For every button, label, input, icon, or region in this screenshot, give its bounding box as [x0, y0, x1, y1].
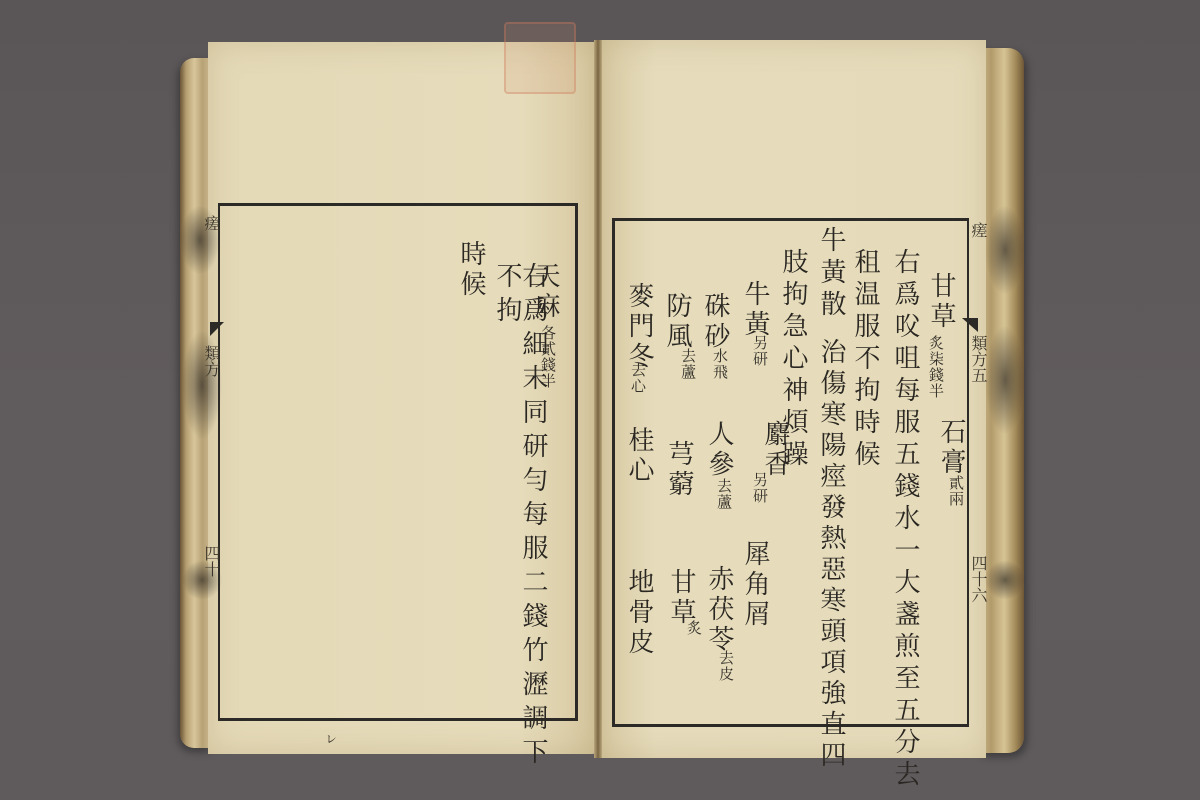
text-column: 石膏: [938, 418, 964, 478]
left-margin-page: 四十: [200, 545, 223, 577]
ingredient: 甘草: [668, 568, 694, 628]
right-margin-page: 四十六: [967, 555, 990, 603]
book-gutter: [594, 40, 602, 758]
right-margin-section: 類方五: [967, 335, 990, 383]
ingredient: 牛黃: [742, 280, 768, 340]
ingredient: 麝香: [762, 420, 788, 480]
ingredient: 赤茯苓: [706, 565, 732, 655]
ingredient: 硃砂: [702, 292, 728, 352]
edge-ink-mark: [985, 560, 1025, 600]
annotation-note: 另研: [752, 472, 767, 504]
ingredient: 麥門冬: [626, 282, 652, 372]
edge-ink-mark: [985, 325, 1025, 435]
open-book: 瘥 類方 四十 天麻 各貳錢半 右爲細末同研勻每服二錢竹瀝調下不拘 時候 ㇾ 瘥…: [0, 0, 1200, 800]
annotation-note: 另研: [752, 335, 767, 367]
right-margin-label: 瘥: [967, 222, 990, 238]
left-margin-label: 瘥: [200, 215, 223, 231]
text-column: 甘草: [928, 272, 954, 332]
left-margin-section: 類方: [200, 345, 223, 377]
bottom-mark: ㇾ: [318, 732, 338, 746]
annotation-note: 去皮: [718, 650, 733, 682]
formula-title: 牛黃散: [818, 226, 844, 322]
annotation-note: 去蘆: [680, 348, 695, 380]
ingredient: 防風: [664, 292, 690, 352]
annotation-note: 炙: [686, 620, 701, 636]
annotation-note: 去心: [630, 362, 645, 394]
text-column: 租温服不拘時候: [852, 248, 878, 472]
ingredient: 犀角屑: [742, 540, 768, 630]
annotation-note: 貳兩: [948, 475, 963, 507]
library-seal-stamp: [504, 22, 576, 94]
text-column: 右爲細末同研勻每服二錢竹瀝調下不拘: [494, 262, 546, 800]
ingredient: 地骨皮: [626, 568, 652, 658]
annotation-note: 水飛: [712, 348, 727, 380]
ingredient: 人參: [706, 420, 732, 480]
annotation-note: 炙柒錢半: [928, 335, 943, 399]
edge-ink-mark: [985, 205, 1025, 295]
text-column: 治傷寒陽痙發熱惡寒頭項強直四: [818, 338, 844, 772]
text-column: 時候: [458, 240, 484, 300]
ingredient: 桂心: [626, 426, 652, 486]
annotation-note: 去蘆: [716, 478, 731, 510]
ingredient: 芎藭: [666, 440, 692, 500]
text-column: 右爲㕮咀每服五錢水一大盞煎至五分去: [892, 248, 918, 792]
